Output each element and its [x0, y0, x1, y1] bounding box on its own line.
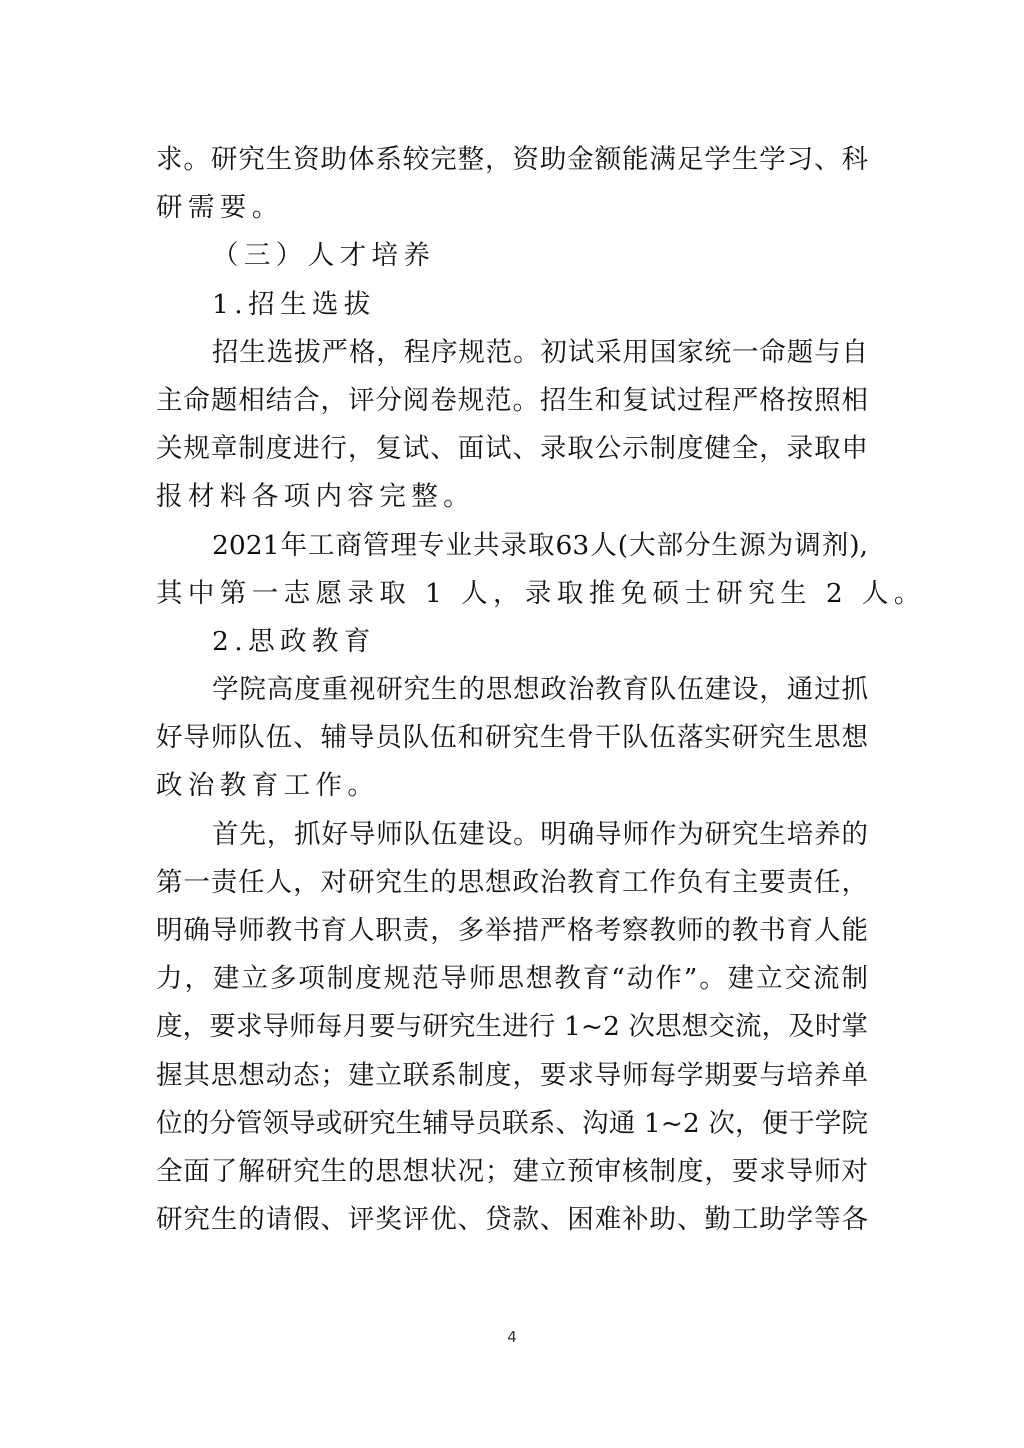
text-line: 握其思想动态；建立联系制度，要求导师每学期要与培养单: [156, 1052, 868, 1100]
text-line: 其中第一志愿录取 1 人，录取推免硕士研究生 2 人。: [156, 570, 868, 618]
text-line: 明确导师教书育人职责，多举措严格考察教师的教书育人能: [156, 907, 868, 955]
page-number: 4: [0, 1328, 1024, 1346]
subsection-heading: 2.思政教育: [156, 618, 868, 666]
section-heading: （三）人才培养: [156, 232, 868, 280]
text-line: 好导师队伍、辅导员队伍和研究生骨干队伍落实研究生思想: [156, 714, 868, 762]
text-line: 求。研究生资助体系较完整，资助金额能满足学生学习、科: [156, 136, 868, 184]
body-text: 求。研究生资助体系较完整，资助金额能满足学生学习、科 研需要。 （三）人才培养 …: [156, 136, 868, 1244]
text-line: 首先，抓好导师队伍建设。明确导师作为研究生培养的: [156, 811, 868, 859]
subsection-heading: 1.招生选拔: [156, 281, 868, 329]
text-line: 全面了解研究生的思想状况；建立预审核制度，要求导师对: [156, 1148, 868, 1196]
text-line: 研需要。: [156, 184, 868, 232]
text-line: 位的分管领导或研究生辅导员联系、沟通 1~2 次，便于学院: [156, 1100, 868, 1148]
text-line: 度，要求导师每月要与研究生进行 1~2 次思想交流，及时掌: [156, 1003, 868, 1051]
text-line: 报材料各项内容完整。: [156, 473, 868, 521]
text-line: 主命题相结合，评分阅卷规范。招生和复试过程严格按照相: [156, 377, 868, 425]
text-line: 第一责任人，对研究生的思想政治教育工作负有主要责任，: [156, 859, 868, 907]
text-line: 招生选拔严格，程序规范。初试采用国家统一命题与自: [156, 329, 868, 377]
text-line: 政治教育工作。: [156, 762, 868, 810]
text-line: 学院高度重视研究生的思想政治教育队伍建设，通过抓: [156, 666, 868, 714]
text-line: 研究生的请假、评奖评优、贷款、困难补助、勤工助学等各: [156, 1196, 868, 1244]
text-line: 2021年工商管理专业共录取63人(大部分生源为调剂),: [156, 522, 868, 570]
text-line: 力，建立多项制度规范导师思想教育“动作”。建立交流制: [156, 955, 868, 1003]
text-line: 关规章制度进行，复试、面试、录取公示制度健全，录取申: [156, 425, 868, 473]
document-page: 求。研究生资助体系较完整，资助金额能满足学生学习、科 研需要。 （三）人才培养 …: [0, 0, 1024, 1448]
